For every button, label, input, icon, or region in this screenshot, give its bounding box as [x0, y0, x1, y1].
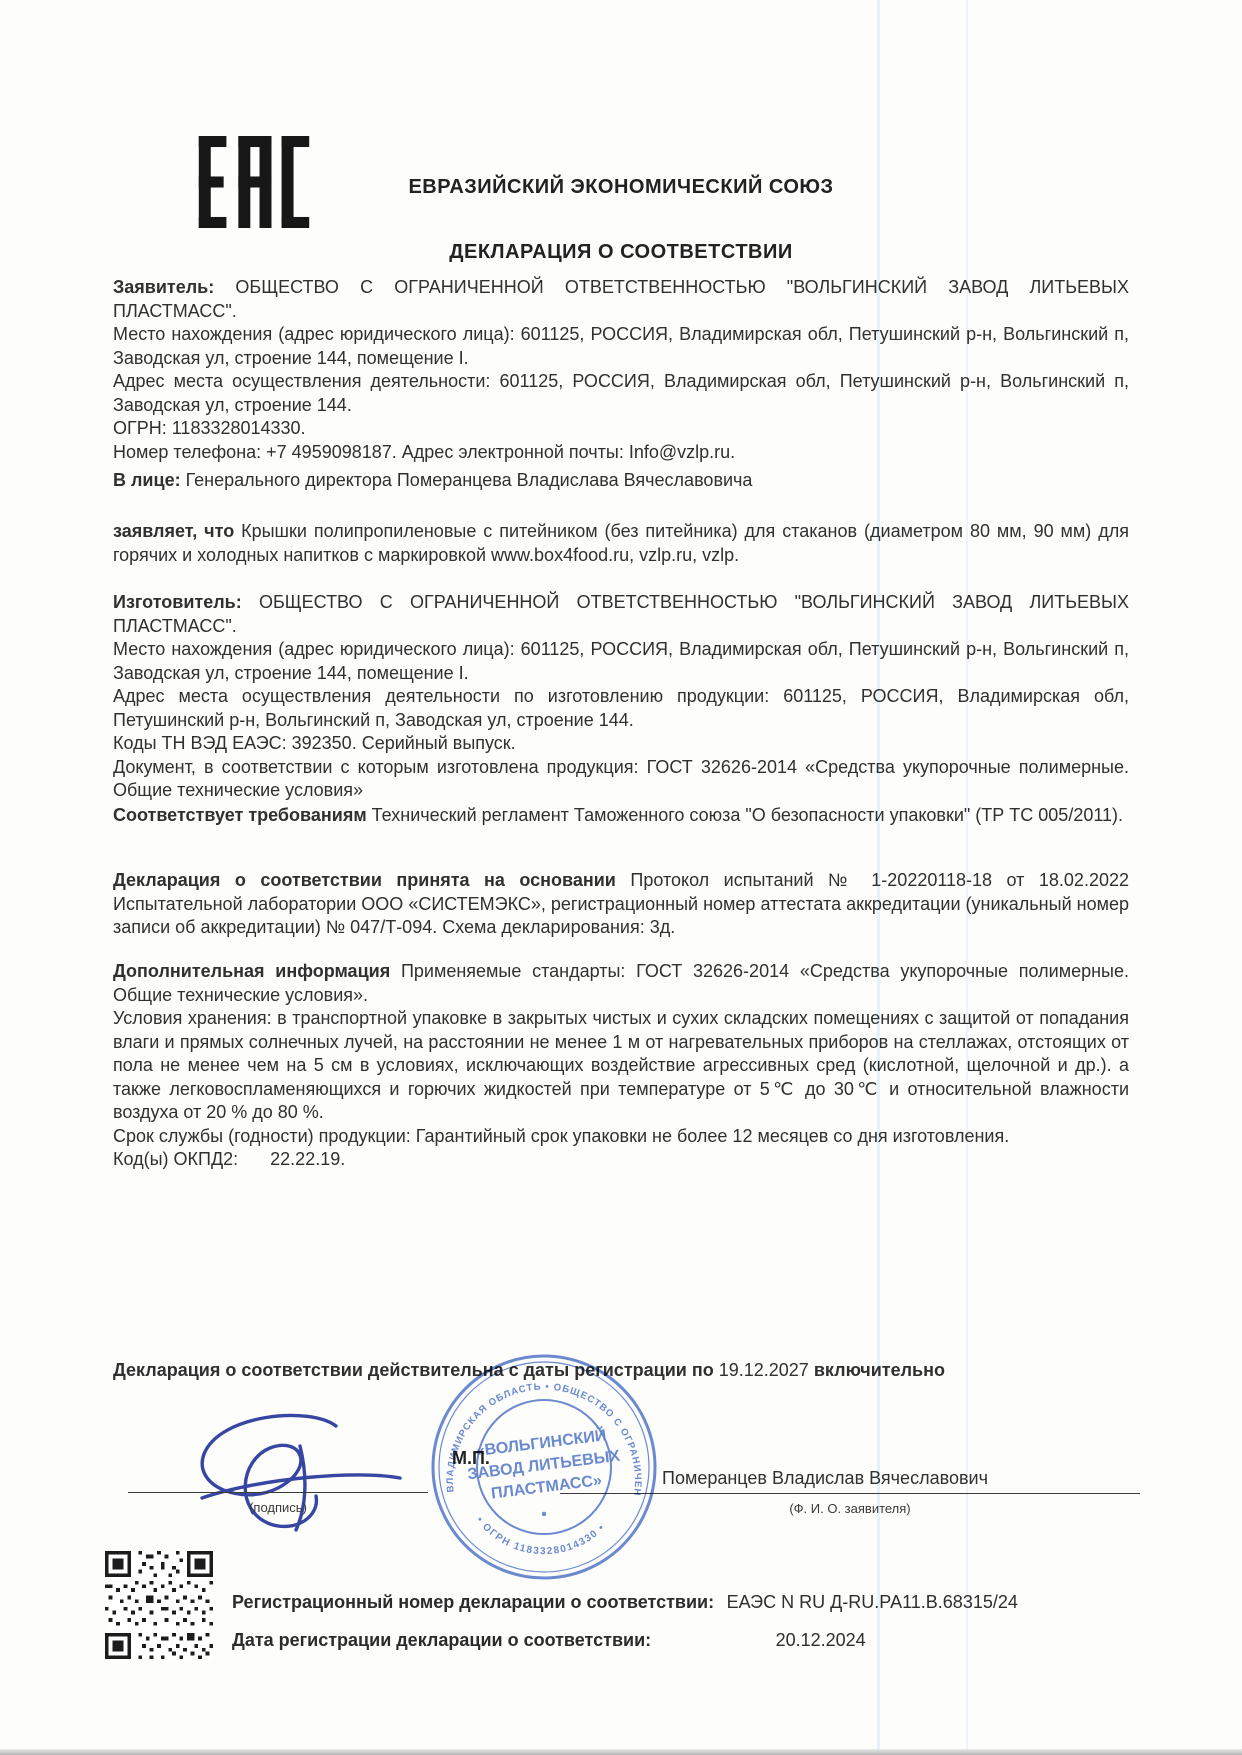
stamp-ring-text-bottom: • ОГРН 1183328014330 • — [474, 1515, 608, 1557]
manufacturer-section: Изготовитель: ОБЩЕСТВО С ОГРАНИЧЕННОЙ ОТ… — [113, 591, 1129, 803]
applicant-address-activity: Адрес места осуществления деятельности: … — [113, 370, 1129, 417]
manufacturer-label: Изготовитель: — [113, 592, 242, 612]
applicant-section: Заявитель: ОБЩЕСТВО С ОГРАНИЧЕННОЙ ОТВЕТ… — [113, 276, 1129, 464]
applicant-lead: Заявитель: ОБЩЕСТВО С ОГРАНИЧЕННОЙ ОТВЕТ… — [113, 276, 1129, 323]
signature-caption: (подпись) — [128, 1500, 428, 1515]
registration-number-value: ЕАЭС N RU Д-RU.РА11.В.68315/24 — [727, 1592, 1018, 1612]
manufacturer-tnved-codes: Коды ТН ВЭД ЕАЭС: 392350. Серийный выпус… — [113, 732, 1129, 756]
manufacturer-address-production: Адрес места осуществления деятельности п… — [113, 685, 1129, 732]
additional-info-section: Дополнительная информация Применяемые ст… — [113, 960, 1129, 1172]
representative-text: Генерального директора Померанцева Влади… — [186, 470, 753, 490]
scan-bottom-edge — [0, 1749, 1242, 1755]
representative-label: В лице: — [113, 470, 181, 490]
registration-number-row: Регистрационный номер декларации о соотв… — [232, 1592, 1192, 1613]
signature-line — [128, 1492, 428, 1493]
validity-date: 19.12.2027 — [719, 1360, 809, 1380]
shelf-life: Срок службы (годности) продукции: Гарант… — [113, 1125, 1129, 1149]
manufacturer-name: ОБЩЕСТВО С ОГРАНИЧЕННОЙ ОТВЕТСТВЕННОСТЬЮ… — [113, 592, 1129, 636]
validity-suffix: включительно — [814, 1360, 945, 1380]
qr-code — [105, 1551, 213, 1664]
registration-date-value: 20.12.2024 — [776, 1630, 866, 1650]
additional-info-label: Дополнительная информация — [113, 961, 390, 981]
okpd-row: Код(ы) ОКПД2:22.22.19. — [113, 1148, 1129, 1172]
applicant-name: ОБЩЕСТВО С ОГРАНИЧЕННОЙ ОТВЕТСТВЕННОСТЬЮ… — [113, 277, 1129, 321]
declares-text: Крышки полипропиленовые с питейником (бе… — [113, 521, 1129, 565]
applicant-contacts: Номер телефона: +7 4959098187. Адрес эле… — [113, 441, 1129, 465]
applicant-ogrn: ОГРН: 1183328014330. — [113, 417, 1129, 441]
manufacturer-address-legal: Место нахождения (адрес юридического лиц… — [113, 638, 1129, 685]
compliance-label: Соответствует требованиям — [113, 805, 367, 825]
registration-date-label: Дата регистрации декларации о соответств… — [232, 1630, 651, 1650]
compliance-text: Технический регламент Таможенного союза … — [372, 805, 1123, 825]
applicant-address-legal: Место нахождения (адрес юридического лиц… — [113, 323, 1129, 370]
svg-text:• ОГРН 1183328014330 •: • ОГРН 1183328014330 • — [474, 1515, 608, 1557]
registration-number-label: Регистрационный номер декларации о соотв… — [232, 1592, 714, 1612]
applicant-label: Заявитель: — [113, 277, 214, 297]
declaration-document-page: ЕВРАЗИЙСКИЙ ЭКОНОМИЧЕСКИЙ СОЮЗ ДЕКЛАРАЦИ… — [0, 0, 1242, 1755]
signatory-name: Померанцев Владислав Вячеславович — [662, 1468, 988, 1489]
registration-date-row: Дата регистрации декларации о соответств… — [232, 1630, 1192, 1651]
signature — [150, 1412, 450, 1539]
basis-section: Декларация о соответствии принята на осн… — [113, 869, 1129, 940]
declares-section: заявляет, что Крышки полипропиленовые с … — [113, 520, 1129, 567]
declares-label: заявляет, что — [113, 521, 234, 541]
doc-title: ДЕКЛАРАЦИЯ О СООТВЕТСТВИИ — [113, 241, 1129, 264]
manufacturer-product-document: Документ, в соответствии с которым изгот… — [113, 756, 1129, 803]
union-title: ЕВРАЗИЙСКИЙ ЭКОНОМИЧЕСКИЙ СОЮЗ — [113, 176, 1129, 199]
basis-label: Декларация о соответствии принята на осн… — [113, 870, 616, 890]
okpd-value: 22.22.19. — [270, 1149, 345, 1169]
company-stamp: ВЛАДИМИРСКАЯ ОБЛАСТЬ • ОБЩЕСТВО С ОГРАНИ… — [429, 1352, 659, 1587]
representative-section: В лице: Генерального директора Померанце… — [113, 469, 1129, 493]
compliance-section: Соответствует требованиям Технический ре… — [113, 804, 1129, 828]
okpd-label: Код(ы) ОКПД2: — [113, 1149, 238, 1169]
storage-conditions: Условия хранения: в транспортной упаковк… — [113, 1007, 1129, 1125]
